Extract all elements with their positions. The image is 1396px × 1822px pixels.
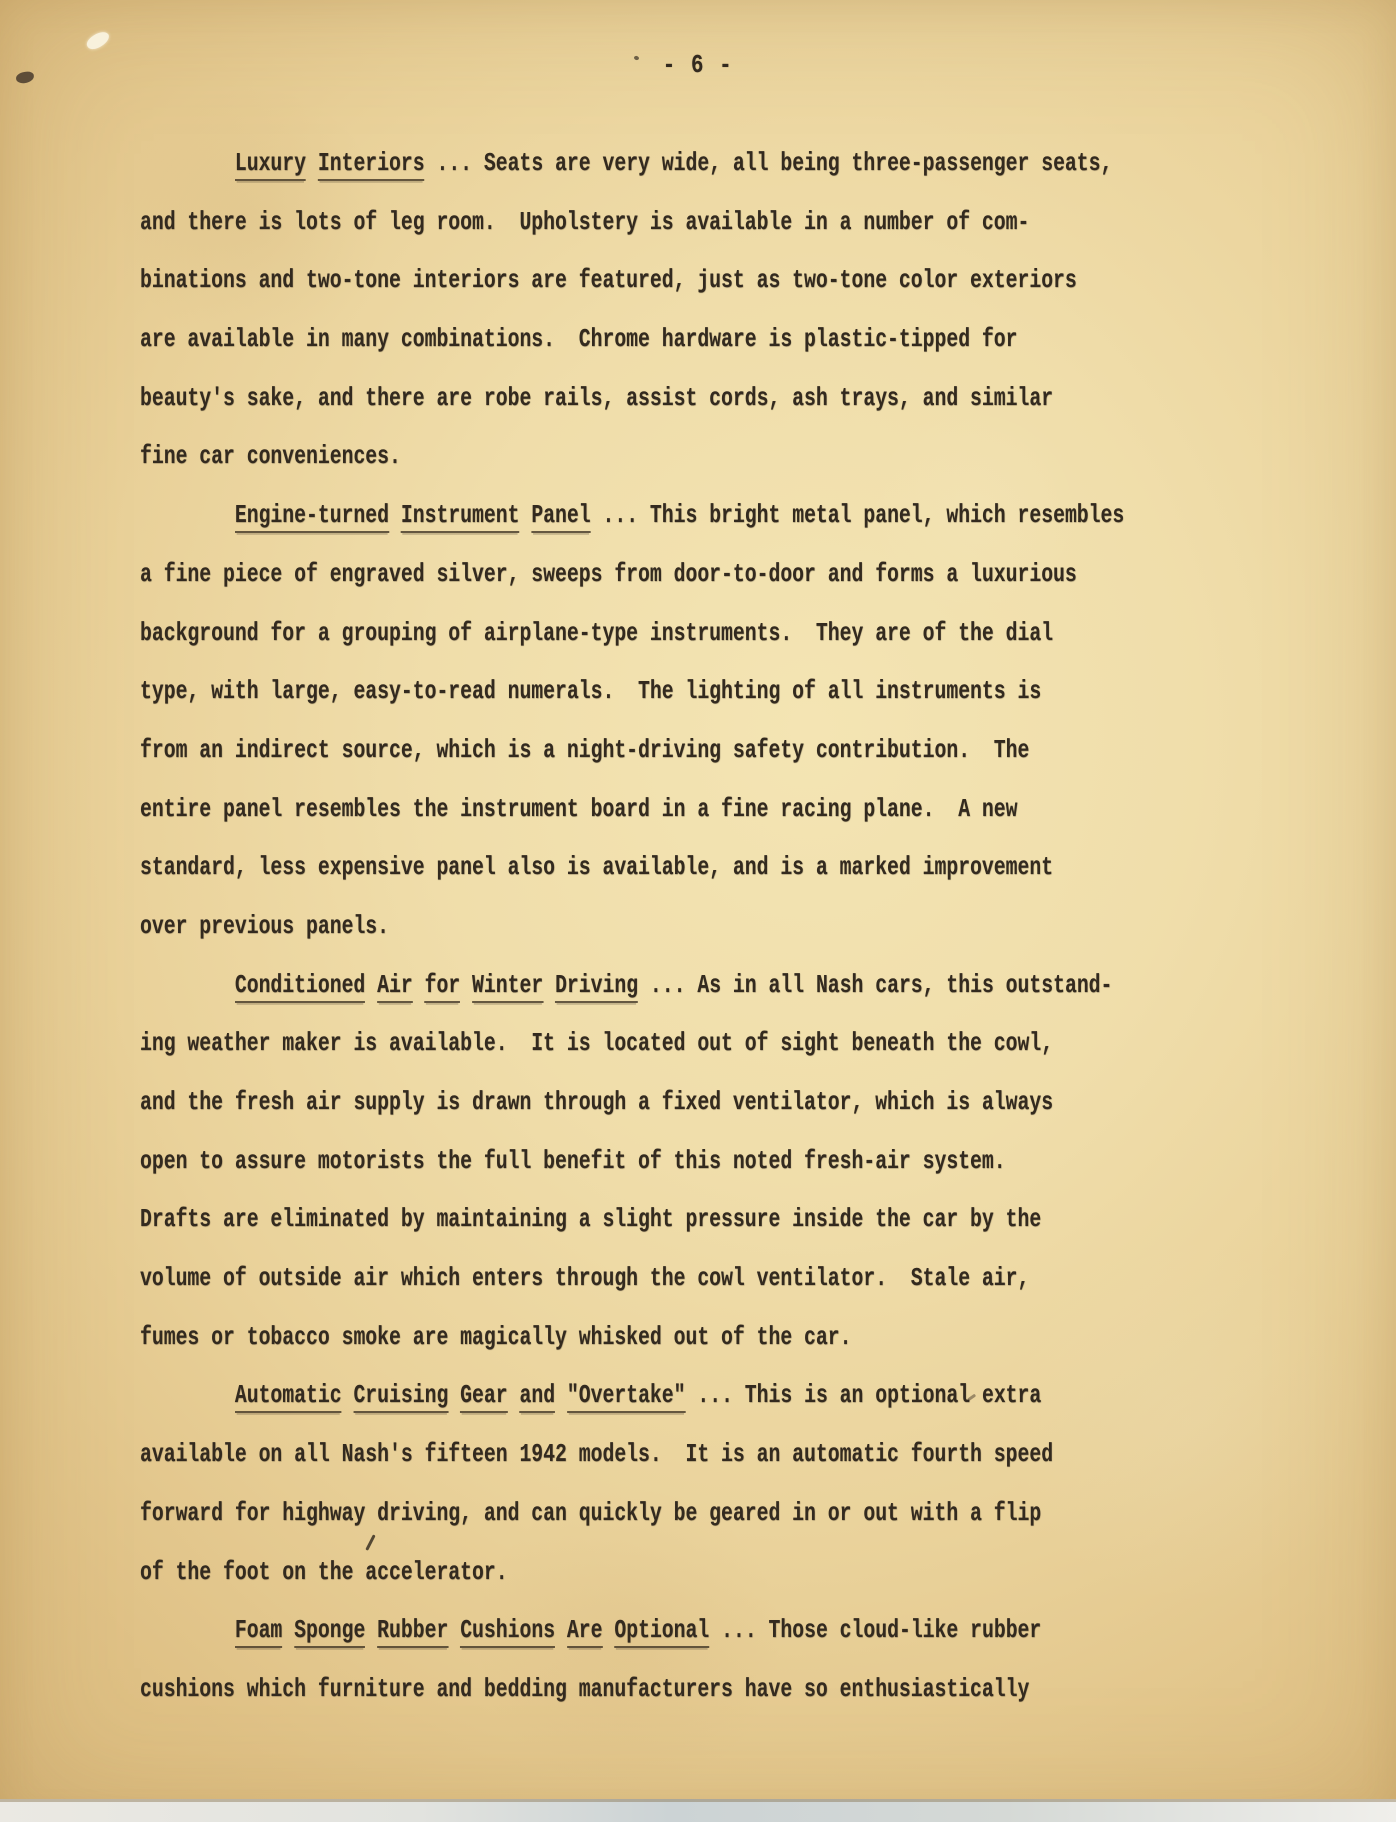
underlined-heading-word: Winter — [472, 970, 543, 1003]
underlined-heading-word: Driving — [555, 970, 638, 1003]
text-run — [555, 1380, 567, 1410]
underlined-heading-word: Engine-turned — [235, 500, 389, 533]
text-run: ing weather maker is available. It is lo… — [140, 1028, 1053, 1058]
text-run: beauty's sake, and there are robe rails,… — [140, 383, 1053, 413]
text-run — [603, 1615, 615, 1645]
paragraph-first-line: Luxury Interiors ... Seats are very wide… — [140, 134, 1090, 193]
text-run: available on all Nash's fifteen 1942 mod… — [140, 1439, 1053, 1469]
text-run: volume of outside air which enters throu… — [140, 1263, 1029, 1293]
text-run — [342, 1380, 354, 1410]
text-line: background for a grouping of airplane-ty… — [140, 604, 1090, 663]
text-run — [543, 970, 555, 1000]
text-run: are available in many combinations. Chro… — [140, 324, 1017, 354]
text-line: available on all Nash's fifteen 1942 mod… — [140, 1425, 1090, 1484]
text-run: background for a grouping of airplane-ty… — [140, 618, 1053, 648]
underlined-heading-word: Foam — [235, 1615, 282, 1648]
text-run: Drafts are eliminated by maintaining a s… — [140, 1204, 1041, 1234]
scan-edge-strip — [0, 1799, 1396, 1822]
underlined-heading-word: and — [519, 1380, 555, 1413]
text-line: forward for highway driving, and can qui… — [140, 1484, 1090, 1543]
text-line: volume of outside air which enters throu… — [140, 1249, 1090, 1308]
underlined-heading-word: Gear — [460, 1380, 507, 1413]
text-run — [413, 970, 425, 1000]
text-run: a fine piece of engraved silver, sweeps … — [140, 559, 1077, 589]
underlined-heading-word: Rubber — [377, 1615, 448, 1648]
text-block: Luxury Interiors ... Seats are very wide… — [140, 134, 1390, 1719]
paragraph-first-line: Conditioned Air for Winter Driving ... A… — [140, 956, 1090, 1015]
paragraph-first-line: Automatic Cruising Gear and "Overtake" .… — [140, 1366, 1090, 1425]
text-run: ... This is an optional extra — [686, 1380, 1042, 1410]
text-line: and the fresh air supply is drawn throug… — [140, 1073, 1090, 1132]
text-run: type, with large, easy-to-read numerals.… — [140, 676, 1041, 706]
text-run — [519, 500, 531, 530]
text-run: and the fresh air supply is drawn throug… — [140, 1087, 1053, 1117]
underlined-heading-word: Sponge — [294, 1615, 365, 1648]
text-run — [282, 1615, 294, 1645]
underlined-heading-word: "Overtake" — [567, 1380, 686, 1413]
text-line: of the foot on the accelerator. — [140, 1543, 1090, 1602]
text-line: Drafts are eliminated by maintaining a s… — [140, 1190, 1090, 1249]
underlined-heading-word: Conditioned — [235, 970, 365, 1003]
text-run — [389, 500, 401, 530]
underlined-heading-word: Air — [377, 970, 413, 1003]
underlined-heading-word: for — [425, 970, 461, 1003]
text-line: standard, less expensive panel also is a… — [140, 838, 1090, 897]
text-line: open to assure motorists the full benefi… — [140, 1132, 1090, 1191]
underlined-heading-word: Automatic — [235, 1380, 342, 1413]
text-run — [365, 1615, 377, 1645]
text-run — [365, 970, 377, 1000]
text-line: beauty's sake, and there are robe rails,… — [140, 369, 1090, 428]
paper-page: - 6 - Luxury Interiors ... Seats are ver… — [0, 0, 1396, 1822]
text-run: standard, less expensive panel also is a… — [140, 852, 1053, 882]
text-line: type, with large, easy-to-read numerals.… — [140, 662, 1090, 721]
text-run: open to assure motorists the full benefi… — [140, 1146, 1006, 1176]
text-run — [448, 1380, 460, 1410]
text-run: ... Those cloud-like rubber — [709, 1615, 1041, 1645]
underlined-heading-word: Instrument — [401, 500, 520, 533]
page-number: - 6 - — [140, 50, 1257, 80]
text-line: cushions which furniture and bedding man… — [140, 1660, 1090, 1719]
text-line: ing weather maker is available. It is lo… — [140, 1014, 1090, 1073]
text-line: and there is lots of leg room. Upholster… — [140, 193, 1090, 252]
underlined-heading-word: Panel — [531, 500, 590, 533]
text-line: entire panel resembles the instrument bo… — [140, 780, 1090, 839]
text-run — [306, 148, 318, 178]
underlined-heading-word: Cushions — [460, 1615, 555, 1648]
text-line: a fine piece of engraved silver, sweeps … — [140, 545, 1090, 604]
text-line: from an indirect source, which is a nigh… — [140, 721, 1090, 780]
underlined-heading-word: Luxury — [235, 148, 306, 181]
underlined-heading-word: Cruising — [353, 1380, 448, 1413]
paragraph-first-line: Foam Sponge Rubber Cushions Are Optional… — [140, 1601, 1090, 1660]
text-run — [448, 1615, 460, 1645]
text-run: forward for highway driving, and can qui… — [140, 1498, 1041, 1528]
text-line: fine car conveniences. — [140, 427, 1090, 486]
text-line: over previous panels. — [140, 897, 1090, 956]
text-run: ... Seats are very wide, all being three… — [425, 148, 1113, 178]
text-run — [508, 1380, 520, 1410]
text-run: over previous panels. — [140, 911, 389, 941]
text-run: entire panel resembles the instrument bo… — [140, 794, 1017, 824]
text-run — [460, 970, 472, 1000]
paragraph-first-line: Engine-turned Instrument Panel ... This … — [140, 486, 1090, 545]
text-run: of the foot on the accelerator. — [140, 1557, 508, 1587]
text-run: binations and two-tone interiors are fea… — [140, 265, 1077, 295]
text-line: binations and two-tone interiors are fea… — [140, 251, 1090, 310]
text-run: fumes or tobacco smoke are magically whi… — [140, 1322, 851, 1352]
text-run: from an indirect source, which is a nigh… — [140, 735, 1029, 765]
text-run — [555, 1615, 567, 1645]
text-run: fine car conveniences. — [140, 441, 401, 471]
underlined-heading-word: Are — [567, 1615, 603, 1648]
underlined-heading-word: Optional — [614, 1615, 709, 1648]
text-run: ... As in all Nash cars, this outstand- — [638, 970, 1112, 1000]
text-run: and there is lots of leg room. Upholster… — [140, 207, 1029, 237]
text-run: ... This bright metal panel, which resem… — [591, 500, 1125, 530]
text-line: are available in many combinations. Chro… — [140, 310, 1090, 369]
text-run: cushions which furniture and bedding man… — [140, 1674, 1029, 1704]
text-line: fumes or tobacco smoke are magically whi… — [140, 1308, 1090, 1367]
underlined-heading-word: Interiors — [318, 148, 425, 181]
